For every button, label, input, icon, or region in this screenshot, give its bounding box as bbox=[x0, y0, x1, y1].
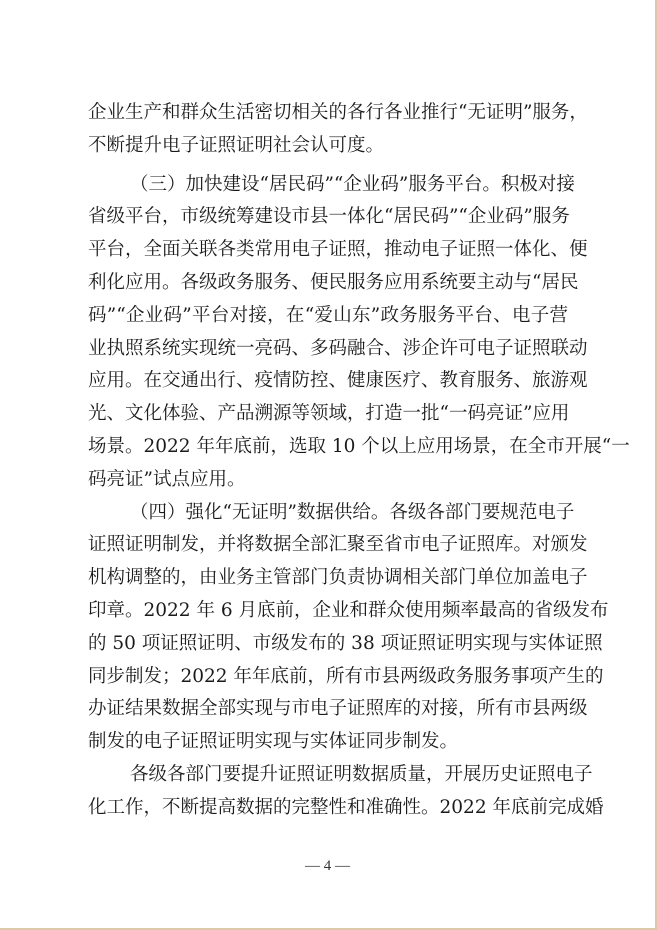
text-line: 平台，全面关联各类常用电子证照，推动电子证照一体化、便 bbox=[88, 234, 568, 267]
text-line: 企业生产和群众生活密切相关的各行各业推行“无证明”服务， bbox=[88, 97, 568, 130]
text-line: 码亮证”试点应用。 bbox=[88, 464, 568, 497]
text-line: 各级各部门要提升证照证明数据质量，开展历史证照电子 bbox=[88, 759, 568, 792]
section-heading-line: （四）强化“无证明”数据供给。各级各部门要规范电子 bbox=[88, 497, 568, 530]
text-line: 制发的电子证照证明实现与实体证同步制发。 bbox=[88, 726, 568, 759]
text-line: 化工作，不断提高数据的完整性和准确性。2022 年底前完成婚 bbox=[88, 792, 568, 825]
text-line: 机构调整的，由业务主管部门负责协调相关部门单位加盖电子 bbox=[88, 562, 568, 595]
text-line: 码”“企业码”平台对接，在“爱山东”政务服务平台、电子营 bbox=[88, 300, 568, 333]
document-body: 企业生产和群众生活密切相关的各行各业推行“无证明”服务， 不断提升电子证照证明社… bbox=[88, 97, 568, 825]
text-line: 同步制发；2022 年年底前，所有市县两级政务服务事项产生的 bbox=[88, 661, 568, 694]
text-line: 利化应用。各级政务服务、便民服务应用系统要主动与“居民 bbox=[88, 267, 568, 300]
text-line: 印章。2022 年 6 月底前，企业和群众使用频率最高的省级发布 bbox=[88, 595, 568, 628]
document-page: 企业生产和群众生活密切相关的各行各业推行“无证明”服务， 不断提升电子证照证明社… bbox=[0, 0, 657, 930]
paragraph-data-quality: 各级各部门要提升证照证明数据质量，开展历史证照电子 化工作，不断提高数据的完整性… bbox=[88, 759, 568, 825]
text-line: 应用。在交通出行、疫情防控、健康医疗、教育服务、旅游观 bbox=[88, 365, 568, 398]
page-number: — 4 — bbox=[0, 858, 655, 875]
text-line: 办证结果数据全部实现与市电子证照库的对接，所有市县两级 bbox=[88, 693, 568, 726]
text-line: 证照证明制发，并将数据全部汇聚至省市电子证照库。对颁发 bbox=[88, 529, 568, 562]
text-line: 业执照系统实现统一亮码、多码融合、涉企许可电子证照联动 bbox=[88, 333, 568, 366]
text-line: 场景。2022 年年底前，选取 10 个以上应用场景，在全市开展“一 bbox=[88, 431, 568, 464]
paragraph-section-3: （三）加快建设“居民码”“企业码”服务平台。积极对接 省级平台，市级统筹建设市县… bbox=[88, 169, 568, 497]
section-heading-line: （三）加快建设“居民码”“企业码”服务平台。积极对接 bbox=[88, 169, 568, 202]
paragraph-section-4: （四）强化“无证明”数据供给。各级各部门要规范电子 证照证明制发，并将数据全部汇… bbox=[88, 497, 568, 759]
text-line: 省级平台，市级统筹建设市县一体化“居民码”“企业码”服务 bbox=[88, 201, 568, 234]
paragraph-continuation: 企业生产和群众生活密切相关的各行各业推行“无证明”服务， 不断提升电子证照证明社… bbox=[88, 97, 568, 163]
text-line: 的 50 项证照证明、市级发布的 38 项证照证明实现与实体证照 bbox=[88, 628, 568, 661]
text-line: 光、文化体验、产品溯源等领域，打造一批“一码亮证”应用 bbox=[88, 398, 568, 431]
text-line: 不断提升电子证照证明社会认可度。 bbox=[88, 130, 568, 163]
